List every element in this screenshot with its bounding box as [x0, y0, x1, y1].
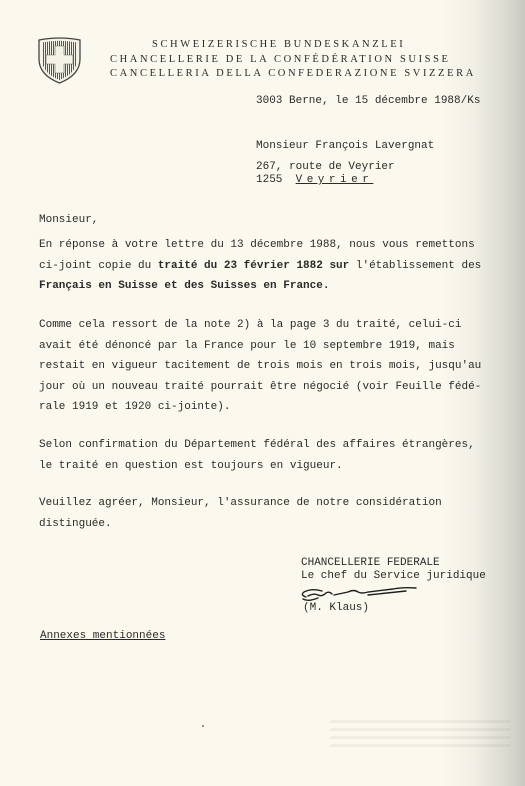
paragraph-line: restait en vigueur tacitement de trois m…	[39, 356, 509, 377]
date-line: 3003 Berne, le 15 décembre 1988/Ks	[256, 94, 480, 108]
paragraph-line: le traité en question est toujours en vi…	[39, 456, 509, 477]
signature-office: CHANCELLERIE FEDERALE	[301, 557, 486, 570]
paragraph-line: distinguée.	[39, 514, 509, 535]
paragraph-closing: Veuillez agréer, Monsieur, l'assurance d…	[39, 493, 509, 534]
paragraph-reply: En réponse à votre lettre du 13 décembre…	[39, 235, 509, 297]
recipient-city-line: 1255 Veyrier	[256, 173, 373, 187]
treaty-reference: Français en Suisse et des Suisses en Fra…	[39, 280, 329, 292]
recipient-name: Monsieur François Lavergnat	[256, 139, 434, 153]
signature-title: Le chef du Service juridique	[301, 570, 486, 583]
paragraph-line: avait été dénoncé par la France pour le …	[39, 336, 509, 357]
salutation: Monsieur,	[39, 213, 98, 227]
paragraph-line: En réponse à votre lettre du 13 décembre…	[39, 235, 509, 256]
paragraph-line: rale 1919 et 1920 ci-jointe).	[39, 397, 509, 418]
paragraph-treaty-history: Comme cela ressort de la note 2) à la pa…	[39, 315, 509, 418]
letter-page: SCHWEIZERISCHE BUNDESKANZLEI CHANCELLERI…	[0, 0, 525, 786]
paragraph-line: Selon confirmation du Département fédéra…	[39, 435, 509, 456]
paper-speck	[202, 725, 204, 727]
recipient-street: 267, route de Veyrier	[256, 160, 395, 174]
signatory-name: (M. Klaus)	[303, 602, 369, 614]
swiss-cross-shield-icon	[37, 37, 82, 85]
letterhead-line-french: CHANCELLERIE DE LA CONFÉDÉRATION SUISSE	[110, 53, 470, 68]
recipient-city: Veyrier	[296, 174, 374, 186]
signature-block: CHANCELLERIE FEDERALE Le chef du Service…	[301, 557, 486, 583]
paragraph-line: jour où un nouveau traité pourrait être …	[39, 377, 509, 398]
letterhead: SCHWEIZERISCHE BUNDESKANZLEI CHANCELLERI…	[110, 38, 470, 82]
letterhead-line-german: SCHWEIZERISCHE BUNDESKANZLEI	[110, 38, 470, 53]
paragraph-line: Français en Suisse et des Suisses en Fra…	[39, 276, 509, 297]
paragraph-line: ci-joint copie du traité du 23 février 1…	[39, 256, 509, 277]
recipient-postcode: 1255	[256, 174, 282, 186]
paragraph-confirmation: Selon confirmation du Département fédéra…	[39, 435, 509, 476]
annexes-note: Annexes mentionnées	[40, 630, 165, 642]
paragraph-line: Veuillez agréer, Monsieur, l'assurance d…	[39, 493, 509, 514]
letterhead-line-italian: CANCELLERIA DELLA CONFEDERAZIONE SVIZZER…	[110, 67, 470, 82]
paragraph-line: Comme cela ressort de la note 2) à la pa…	[39, 315, 509, 336]
treaty-reference: traité du 23 février 1882 sur	[158, 260, 349, 272]
show-through-text	[330, 720, 510, 750]
